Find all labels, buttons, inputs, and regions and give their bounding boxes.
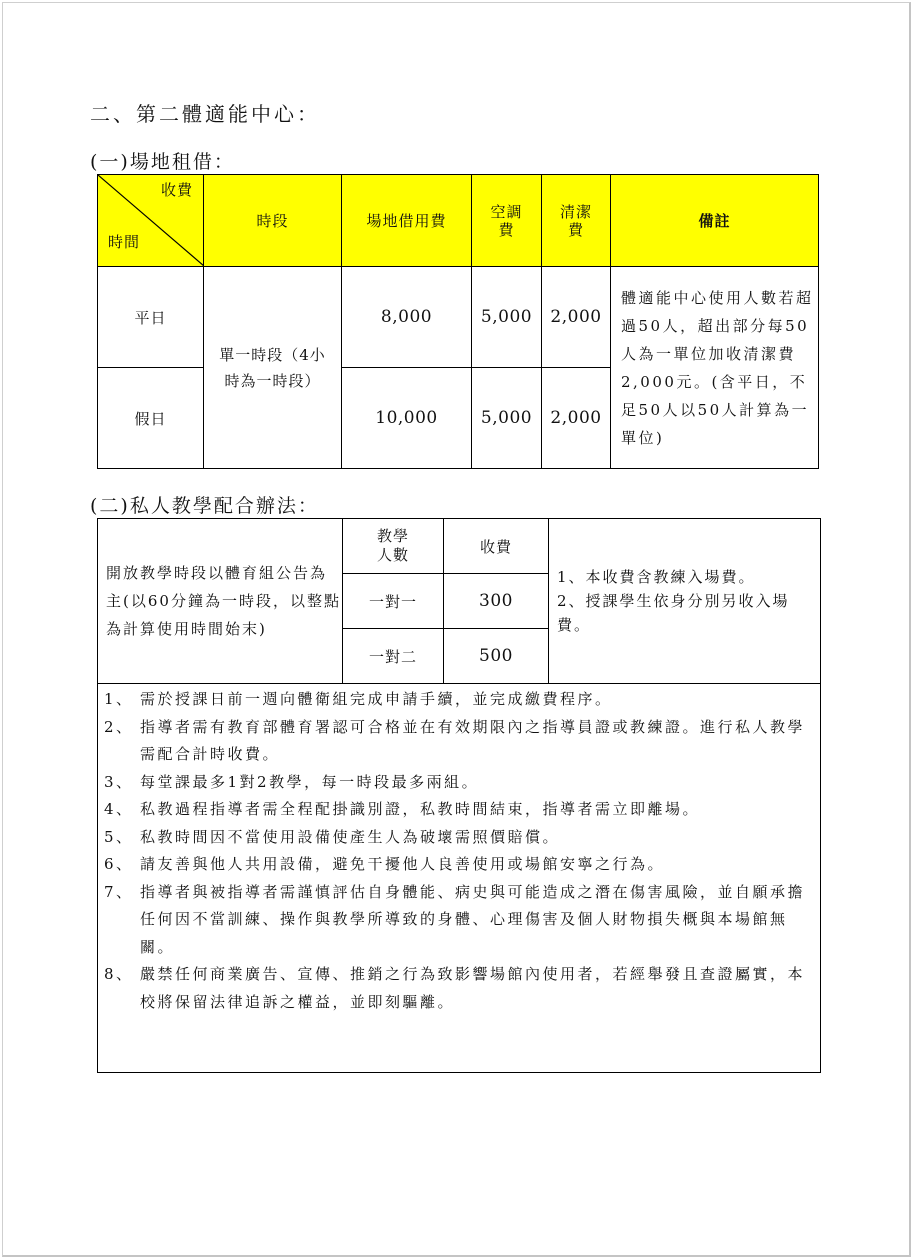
rule-text: 指導者需有教育部體育署認可合格並在有效期限內之指導員證或教練證。進行私人教學需配… (140, 714, 812, 769)
period-value: 單一時段（4小時為一時段） (213, 342, 333, 394)
header-remarks: 備註 (611, 175, 819, 267)
fee-notes-cell: 1、本收費含教練入場費。 2、授課學生依身分別另收入場費。 (549, 519, 821, 684)
rental-fee-cell: 8,000 (342, 267, 472, 368)
rule-number: 4、 (104, 796, 140, 824)
rule-number: 3、 (104, 769, 140, 797)
rule-item: 4、私教過程指導者需全程配掛識別證，私教時間結束，指導者需立即離場。 (104, 796, 812, 824)
rule-number: 7、 (104, 879, 140, 962)
header-ac-fee-label: 空調費 (490, 203, 524, 239)
fee-note: 2、授課學生依身分別另收入場費。 (557, 589, 820, 637)
table-header-row: 開放教學時段以體育組公告為主(以60分鐘為一時段，以整點為計算使用時間始末) 教… (98, 519, 821, 574)
students-cell: 一對二 (343, 629, 444, 684)
rule-text: 嚴禁任何商業廣告、宣傳、推銷之行為致影響場館內使用者，若經舉發且查證屬實，本校將… (140, 961, 812, 1016)
private-teaching-title: (二)私人教學配合辦法： (90, 491, 319, 518)
venue-rental-title: (一)場地租借： (90, 147, 235, 174)
corner-label-fee: 收費 (161, 179, 193, 200)
rule-number: 8、 (104, 961, 140, 1016)
period-cell: 單一時段（4小時為一時段） (204, 267, 342, 469)
cleaning-fee-cell: 2,000 (542, 267, 611, 368)
rule-item: 3、每堂課最多1對2教學，每一時段最多兩組。 (104, 769, 812, 797)
rule-item: 2、指導者需有教育部體育署認可合格並在有效期限內之指導員證或教練證。進行私人教學… (104, 714, 812, 769)
fee-cell: 500 (444, 629, 549, 684)
teaching-hours-description: 開放教學時段以體育組公告為主(以60分鐘為一時段，以整點為計算使用時間始末) (98, 519, 343, 684)
day-cell: 平日 (98, 267, 204, 368)
rule-item: 5、私教時間因不當使用設備使產生人為破壞需照價賠償。 (104, 824, 812, 852)
rule-text: 私教過程指導者需全程配掛識別證，私教時間結束，指導者需立即離場。 (140, 796, 812, 824)
rule-text: 需於授課日前一週向體衛組完成申請手續，並完成繳費程序。 (140, 686, 812, 714)
ac-fee-cell: 5,000 (472, 368, 542, 469)
fee-note: 1、本收費含教練入場費。 (557, 565, 820, 589)
table-row: 平日 單一時段（4小時為一時段） 8,000 5,000 2,000 體適能中心… (98, 267, 819, 368)
students-cell: 一對一 (343, 574, 444, 629)
rule-item: 6、請友善與他人共用設備，避免干擾他人良善使用或場館安寧之行為。 (104, 851, 812, 879)
rental-fee-cell: 10,000 (342, 368, 472, 469)
rule-text: 請友善與他人共用設備，避免干擾他人良善使用或場館安寧之行為。 (140, 851, 812, 879)
header-rental-fee: 場地借用費 (342, 175, 472, 267)
day-cell: 假日 (98, 368, 204, 469)
rule-text: 指導者與被指導者需謹慎評估自身體能、病史與可能造成之潛在傷害風險，並自願承擔任何… (140, 879, 812, 962)
rule-text: 私教時間因不當使用設備使產生人為破壞需照價賠償。 (140, 824, 812, 852)
rules-row: 1、需於授課日前一週向體衛組完成申請手續，並完成繳費程序。 2、指導者需有教育部… (98, 684, 821, 1073)
ac-fee-cell: 5,000 (472, 267, 542, 368)
section-title: 二、第二體適能中心： (90, 98, 320, 127)
table-header-row: 收費 時間 時段 場地借用費 空調費 清潔費 備註 (98, 175, 819, 267)
header-ac-fee: 空調費 (472, 175, 542, 267)
fee-cell: 300 (444, 574, 549, 629)
cleaning-fee-cell: 2,000 (542, 368, 611, 469)
diagonal-header-cell: 收費 時間 (98, 175, 204, 267)
header-students-label: 教學人數 (375, 527, 411, 565)
private-teaching-table: 開放教學時段以體育組公告為主(以60分鐘為一時段，以整點為計算使用時間始末) 教… (97, 518, 821, 1073)
rule-number: 2、 (104, 714, 140, 769)
header-fee: 收費 (444, 519, 549, 574)
rule-number: 1、 (104, 686, 140, 714)
rule-item: 1、需於授課日前一週向體衛組完成申請手續，並完成繳費程序。 (104, 686, 812, 714)
header-cleaning-fee: 清潔費 (542, 175, 611, 267)
rule-item: 8、嚴禁任何商業廣告、宣傳、推銷之行為致影響場館內使用者，若經舉發且查證屬實，本… (104, 961, 812, 1016)
rule-item: 7、指導者與被指導者需謹慎評估自身體能、病史與可能造成之潛在傷害風險，並自願承擔… (104, 879, 812, 962)
corner-label-time: 時間 (108, 231, 140, 252)
rule-number: 5、 (104, 824, 140, 852)
remarks-cell: 體適能中心使用人數若超過50人，超出部分每50 人為一單位加收清潔費2,000元… (611, 267, 819, 469)
rule-text: 每堂課最多1對2教學，每一時段最多兩組。 (140, 769, 812, 797)
header-cleaning-fee-label: 清潔費 (559, 203, 593, 239)
header-students: 教學人數 (343, 519, 444, 574)
header-period: 時段 (204, 175, 342, 267)
rules-cell: 1、需於授課日前一週向體衛組完成申請手續，並完成繳費程序。 2、指導者需有教育部… (98, 684, 821, 1073)
venue-rental-table: 收費 時間 時段 場地借用費 空調費 清潔費 備註 平日 單一時段（4小時為一時… (97, 174, 819, 469)
rule-number: 6、 (104, 851, 140, 879)
